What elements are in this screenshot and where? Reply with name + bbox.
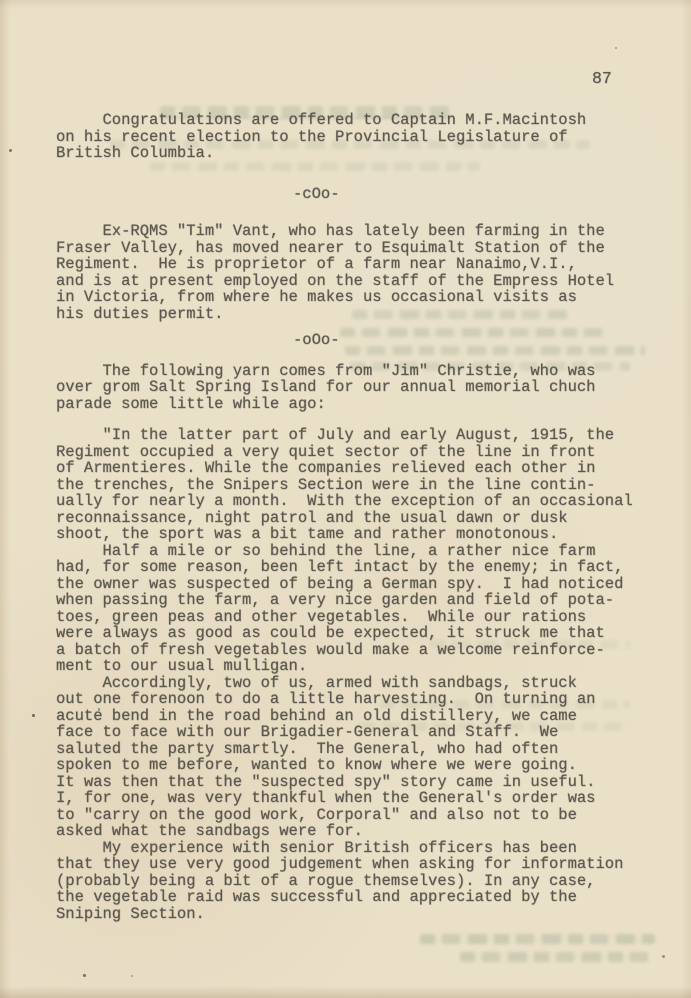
paper-speck xyxy=(32,714,35,717)
ghost-text-smudge xyxy=(420,934,655,944)
paper-speck xyxy=(615,47,617,49)
section-divider: -cOo- xyxy=(56,186,675,203)
tim-vant-paragraph: Ex-RQMS "Tim" Vant, who has lately been … xyxy=(56,223,675,322)
ghost-text-smudge xyxy=(460,952,650,962)
paper-speck xyxy=(131,975,133,977)
paper-speck xyxy=(662,955,665,958)
page-number: 87 xyxy=(592,70,612,88)
paper-speck xyxy=(83,974,86,977)
paper-speck xyxy=(9,149,12,152)
yarn-story-paragraph: "In the latter part of July and early Au… xyxy=(56,427,675,922)
section-divider: -oOo- xyxy=(56,332,675,349)
document-page: 87 Congratulations are offered to Captai… xyxy=(0,0,691,998)
yarn-intro-paragraph: The following yarn comes from "Jim" Chri… xyxy=(56,363,675,413)
congratulations-paragraph: Congratulations are offered to Captain M… xyxy=(56,112,675,162)
page-body: Congratulations are offered to Captain M… xyxy=(56,112,675,922)
